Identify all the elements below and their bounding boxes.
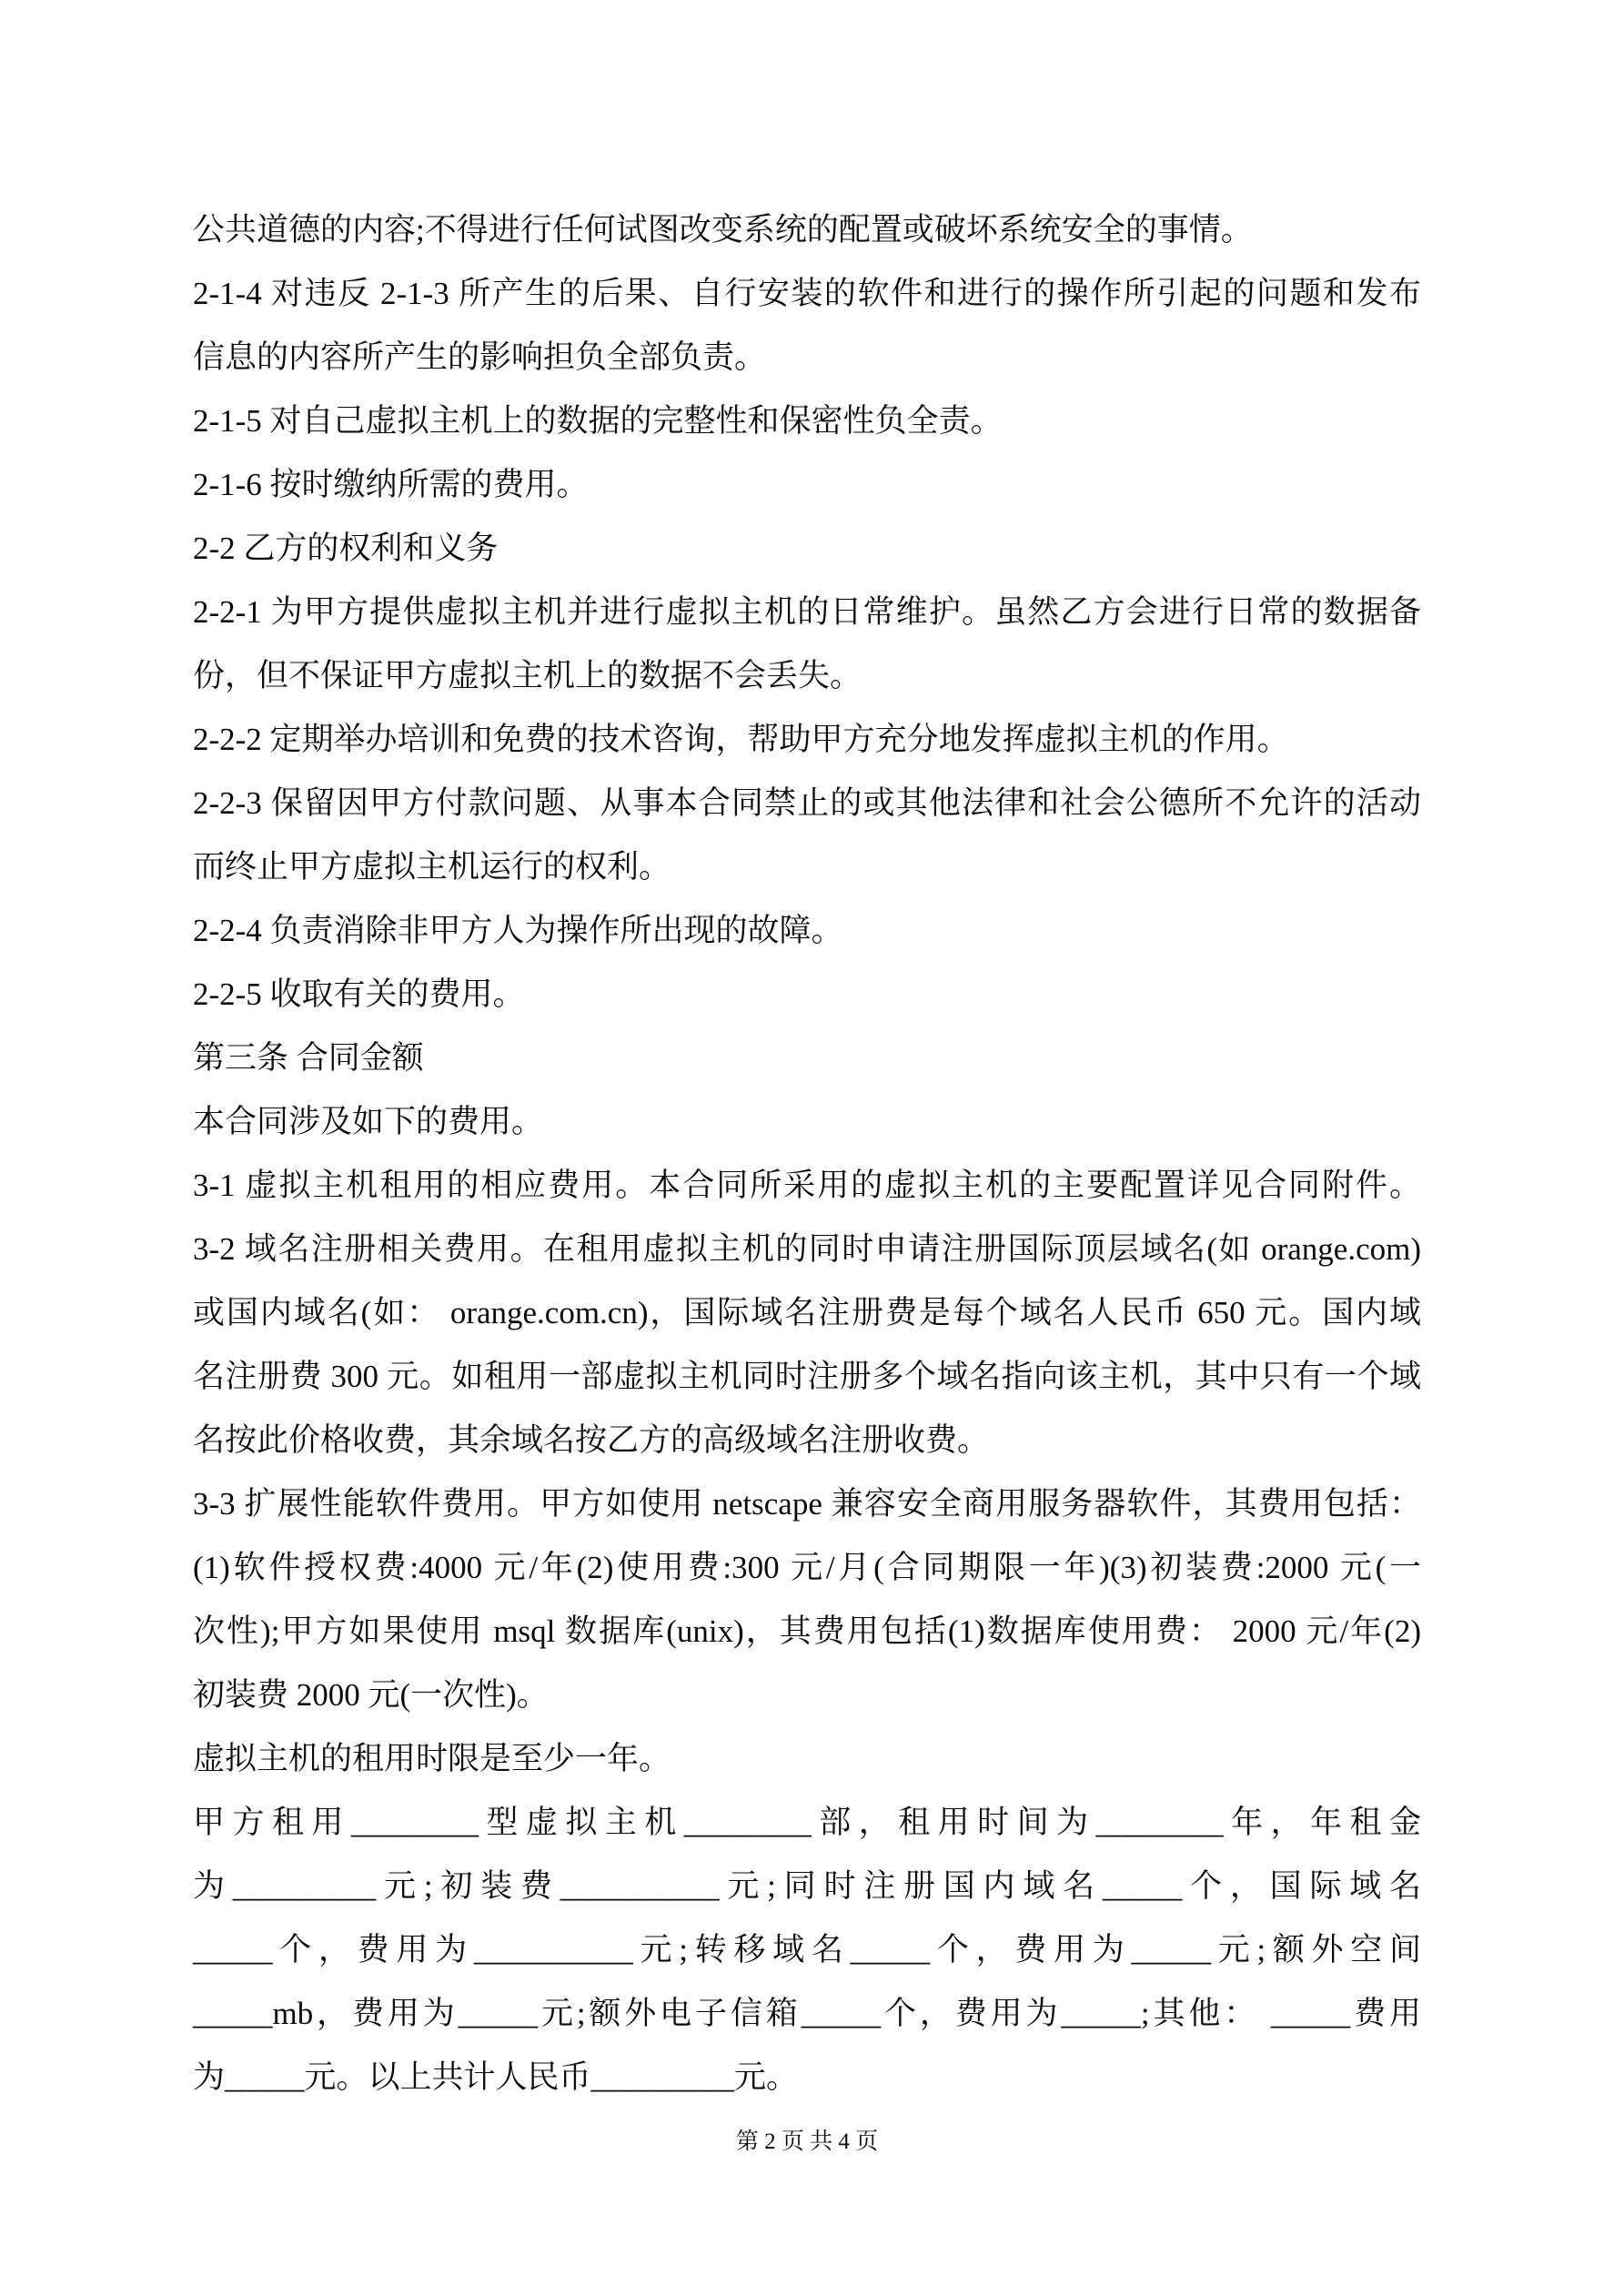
document-line: 公共道德的内容;不得进行任何试图改变系统的配置或破坏系统安全的事情。	[193, 198, 1421, 262]
document-line: 虚拟主机的租用时限是至少一年。	[193, 1727, 1421, 1791]
document-line: 3-1 虚拟主机租用的相应费用。本合同所采用的虚拟主机的主要配置详见合同附件。	[193, 1154, 1421, 1218]
document-line: 本合同涉及如下的费用。	[193, 1090, 1421, 1154]
document-line: 2-1-5 对自己虚拟主机上的数据的完整性和保密性负全责。	[193, 389, 1421, 453]
document-line: 为_____元。以上共计人民币_________元。	[193, 2046, 1421, 2109]
document-line: 或国内域名(如： orange.com.cn)，国际域名注册费是每个域名人民币 …	[193, 1281, 1421, 1345]
document-line: 份，但不保证甲方虚拟主机上的数据不会丢失。	[193, 644, 1421, 708]
document-line: 名按此价格收费，其余域名按乙方的高级域名注册收费。	[193, 1409, 1421, 1472]
document-line: _____个，费用为__________元;转移域名_____个，费用为____…	[193, 1918, 1421, 1982]
document-line: 2-2-1 为甲方提供虚拟主机并进行虚拟主机的日常维护。虽然乙方会进行日常的数据…	[193, 581, 1421, 644]
document-line: 2-1-6 按时缴纳所需的费用。	[193, 453, 1421, 517]
page-number-footer: 第 2 页 共 4 页	[193, 2126, 1421, 2159]
document-line: 第三条 合同金额	[193, 1027, 1421, 1090]
contract-page: 公共道德的内容;不得进行任何试图改变系统的配置或破坏系统安全的事情。 2-1-4…	[0, 0, 1624, 2296]
document-line: 而终止甲方虚拟主机运行的权利。	[193, 835, 1421, 899]
document-line: _____mb，费用为_____元;额外电子信箱_____个，费用为_____;…	[193, 1982, 1421, 2046]
document-line: 3-3 扩展性能软件费用。甲方如使用 netscape 兼容安全商用服务器软件，…	[193, 1472, 1421, 1536]
document-line: 初装费 2000 元(一次性)。	[193, 1664, 1421, 1727]
document-line: 为_________元;初装费__________元;同时注册国内域名_____…	[193, 1855, 1421, 1918]
document-line: 名注册费 300 元。如租用一部虚拟主机同时注册多个域名指向该主机，其中只有一个…	[193, 1345, 1421, 1409]
document-line: 2-2 乙方的权利和义务	[193, 517, 1421, 581]
document-line: 信息的内容所产生的影响担负全部负责。	[193, 326, 1421, 389]
document-line: 2-1-4 对违反 2-1-3 所产生的后果、自行安装的软件和进行的操作所引起的…	[193, 262, 1421, 326]
document-line: 2-2-3 保留因甲方付款问题、从事本合同禁止的或其他法律和社会公德所不允许的活…	[193, 772, 1421, 835]
document-line: 2-2-4 负责消除非甲方人为操作所出现的故障。	[193, 899, 1421, 963]
document-line: 3-2 域名注册相关费用。在租用虚拟主机的同时申请注册国际顶层域名(如 oran…	[193, 1218, 1421, 1281]
document-line: 甲方租用________型虚拟主机________部，租用时间为________…	[193, 1791, 1421, 1855]
document-line: 2-2-5 收取有关的费用。	[193, 963, 1421, 1027]
document-line: 次性);甲方如果使用 msql 数据库(unix)，其费用包括(1)数据库使用费…	[193, 1600, 1421, 1664]
document-line: 2-2-2 定期举办培训和免费的技术咨询，帮助甲方充分地发挥虚拟主机的作用。	[193, 708, 1421, 772]
document-line: (1)软件授权费:4000 元/年(2)使用费:300 元/月(合同期限一年)(…	[193, 1536, 1421, 1600]
contract-body: 公共道德的内容;不得进行任何试图改变系统的配置或破坏系统安全的事情。 2-1-4…	[193, 198, 1421, 2109]
